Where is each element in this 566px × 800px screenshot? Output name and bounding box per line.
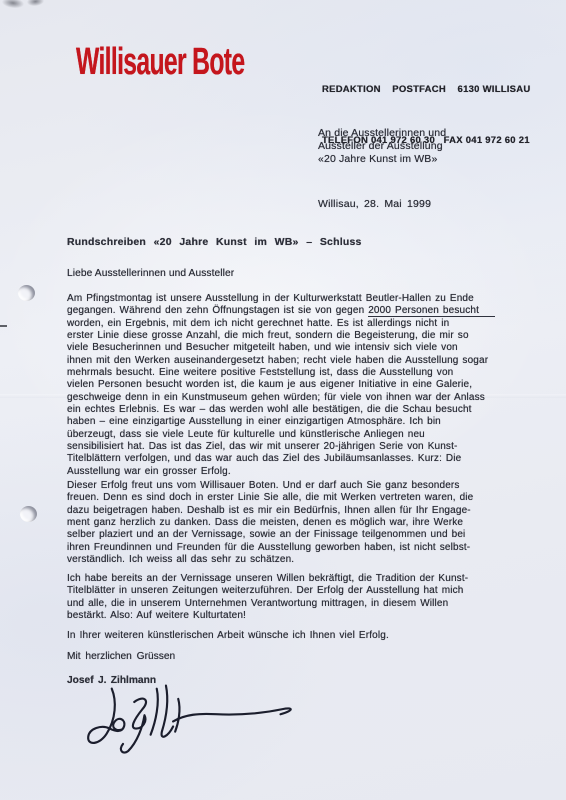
scanned-letter-page: Willisauer Bote REDAKTION POSTFACH 6130 …	[0, 0, 566, 800]
edge-pen-mark	[0, 325, 7, 327]
letterhead-address-line: REDAKTION POSTFACH 6130 WILLISAU	[322, 81, 531, 98]
closing-greeting: Mit herzlichen Grüssen	[67, 651, 175, 662]
date-line: Willisau, 28. Mai 1999	[318, 198, 431, 210]
underlined-phrase: 2000 Personen besucht	[368, 305, 495, 317]
body-paragraph-1: Am Pfingstmontag ist unsere Ausstellung …	[67, 293, 495, 478]
punch-hole-top	[18, 285, 35, 301]
newspaper-logo: Willisauer Bote	[76, 42, 244, 84]
staple-mark	[1, 0, 24, 9]
subject-line: Rundschreiben «20 Jahre Kunst im WB» – S…	[67, 236, 362, 248]
recipient-address: An die Ausstellerinnen und Aussteller de…	[318, 127, 446, 167]
body-paragraph-4: In Ihrer weiteren künstlerischen Arbeit …	[67, 630, 389, 642]
punch-hole-bottom	[20, 506, 37, 522]
salutation: Liebe Ausstellerinnen und Aussteller	[67, 268, 234, 279]
body-paragraph-2: Dieser Erfolg freut uns vom Willisauer B…	[67, 480, 473, 566]
handwritten-signature-icon	[78, 682, 303, 770]
paragraph-text: worden, ein Ergebnis, mit dem ich nicht …	[67, 318, 488, 477]
staple-mark	[27, 0, 45, 7]
body-paragraph-3: Ich habe bereits an der Vernissage unser…	[67, 573, 468, 622]
